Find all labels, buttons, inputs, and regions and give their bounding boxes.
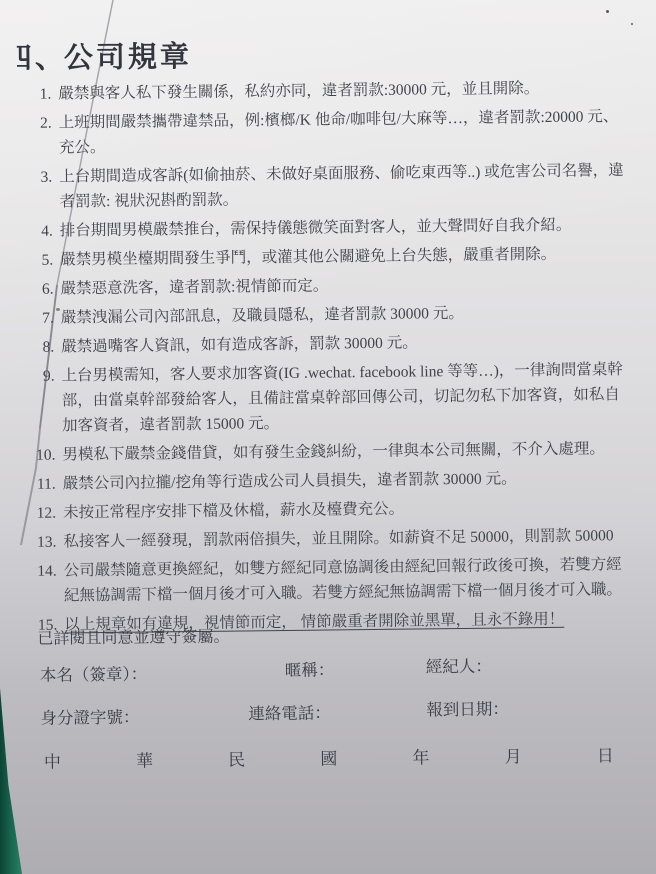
rule-item: 3. 上台期間造成客訴(如偷抽菸、未做好桌面服務、偷吃東西等..) 或危害公司名… bbox=[20, 158, 633, 215]
photo-of-document: { "header": { "title_prefix": "四、", "tit… bbox=[0, 0, 656, 874]
roc-date-line: 中 華 民 國 年 月 日 bbox=[44, 741, 614, 772]
rule-text: 嚴禁男模坐檯期間發生爭鬥，或灌其他公關避免上台失態，嚴重者開除。 bbox=[60, 246, 556, 269]
rule-text: 排台期間男模嚴禁推台，需保持儀態微笑面對客人，並大聲問好自我介紹。 bbox=[60, 217, 572, 240]
rule-number: 10. bbox=[23, 443, 55, 468]
rule-number: 14. bbox=[25, 559, 57, 584]
contact-phone-field-label: 連絡電話： bbox=[248, 699, 331, 724]
rule-item: 8. 嚴禁過嘴客人資訊，如有造成客訴，罰款 30000 元。 bbox=[22, 328, 634, 360]
title-section-number-clipped: 四、 bbox=[17, 35, 64, 77]
rule-item: 4. 排台期間男模嚴禁推台，需保持儀態微笑面對客人，並大聲問好自我介紹。 bbox=[21, 212, 633, 244]
rule-text: 未按正常程序安排下檔及休檔，薪水及檯費充公。 bbox=[63, 501, 404, 522]
nickname-field-label: 暱稱： bbox=[285, 656, 335, 681]
rule-item: 14. 公司嚴禁隨意更換經紀，如雙方經紀同意協調後由經紀回報行政後可換，若雙方經… bbox=[25, 552, 638, 609]
rule-number: 6. bbox=[21, 277, 53, 302]
page-title: 四、公司規章 bbox=[17, 34, 192, 77]
rule-number: 7. bbox=[22, 306, 54, 331]
rule-text: 嚴禁惡意洗客，違者罰款:視情節而定。 bbox=[60, 277, 328, 297]
agent-field-label: 經紀人： bbox=[426, 653, 492, 678]
rule-item: 13. 私接客人一經發現，罰款兩倍損失，並且開除。如薪資不足 50000，則罰款… bbox=[24, 523, 636, 555]
rule-text: 嚴禁過嘴客人資訊，如有造成客訴，罰款 30000 元。 bbox=[61, 334, 418, 355]
page-title-text: 公司規章 bbox=[64, 41, 192, 74]
date-char: 月 bbox=[504, 742, 521, 767]
rules-list: 1. 嚴禁與客人私下發生關係，私約亦同，違者罰款:30000 元，並且開除。 2… bbox=[19, 75, 637, 642]
rule-number: 13. bbox=[24, 530, 56, 555]
rule-item: 5. 嚴禁男模坐檯期間發生爭鬥，或灌其他公關避免上台失態，嚴重者開除。 bbox=[21, 241, 633, 273]
rule-number: 1. bbox=[19, 82, 51, 107]
date-char: 華 bbox=[136, 746, 153, 771]
rule-item: 10. 男模私下嚴禁金錢借貸，如有發生金錢糾紛，一律與本公司無關，不介入處理。 bbox=[23, 436, 635, 468]
name-signature-field-label: 本名（簽章）： bbox=[40, 661, 148, 686]
rule-item: 9. 上台男模需知，客人要求加客資(IG .wechat. facebook l… bbox=[22, 357, 635, 439]
rule-text: 公司嚴禁隨意更換經紀，如雙方經紀同意協調後由經紀回報行政後可換，若雙方經紀無協調… bbox=[64, 556, 622, 604]
rule-number: 4. bbox=[21, 219, 53, 244]
rule-text: 嚴禁洩漏公司內部訊息，及職員隱私，違者罰款 30000 元。 bbox=[61, 305, 464, 327]
rule-item: 11. 嚴禁公司內拉攏/挖角等行造成公司人員損失，違者罰款 30000 元。 bbox=[24, 465, 636, 497]
rule-text: 嚴禁公司內拉攏/挖角等行造成公司人員損失，違者罰款 30000 元。 bbox=[63, 470, 517, 492]
date-char: 日 bbox=[597, 741, 614, 766]
document-content: 四、公司規章 1. 嚴禁與客人私下發生關係，私約亦同，違者罰款:30000 元，… bbox=[0, 0, 656, 874]
rule-number: 8. bbox=[22, 335, 54, 360]
rule-item: 6. 嚴禁惡意洗客，違者罰款:視情節而定。 bbox=[21, 270, 633, 302]
rule-item: 12. 未按正常程序安排下檔及休檔，薪水及檯費充公。 bbox=[24, 494, 636, 526]
rule-number: 11. bbox=[24, 472, 56, 497]
date-char: 民 bbox=[228, 745, 245, 770]
date-char: 年 bbox=[412, 743, 429, 768]
rule-number: 9. bbox=[22, 364, 54, 389]
date-char: 國 bbox=[320, 744, 337, 769]
rule-number: 2. bbox=[20, 111, 52, 136]
rule-number: 12. bbox=[24, 501, 56, 526]
rule-item: 1. 嚴禁與客人私下發生關係，私約亦同，違者罰款:30000 元，並且開除。 bbox=[19, 75, 631, 107]
rule-item: 2. 上班期間嚴禁攜帶違禁品，例:檳榔/K 他命/咖啡包/大麻等…，違者罰款:2… bbox=[20, 104, 633, 161]
date-char: 中 bbox=[44, 748, 61, 773]
rule-text: 上班期間嚴禁攜帶違禁品，例:檳榔/K 他命/咖啡包/大麻等…，違者罰款:2000… bbox=[59, 108, 619, 156]
rule-item: 7. 嚴禁洩漏公司內部訊息，及職員隱私，違者罰款 30000 元。 bbox=[22, 299, 634, 331]
rule-number: 5. bbox=[21, 248, 53, 273]
report-date-field-label: 報到日期： bbox=[426, 695, 509, 720]
rule-text: 上台期間造成客訴(如偷抽菸、未做好桌面服務、偷吃東西等..) 或危害公司名譽，違… bbox=[59, 162, 624, 210]
rule-text: 男模私下嚴禁金錢借貸，如有發生金錢糾紛，一律與本公司無關，不介入處理。 bbox=[62, 440, 605, 463]
rule-number: 3. bbox=[20, 165, 52, 190]
id-number-field-label: 身分證字號： bbox=[40, 704, 139, 729]
rule-text: 嚴禁與客人私下發生關係，私約亦同，違者罰款:30000 元，並且開除。 bbox=[58, 80, 539, 102]
agreement-note: 已詳閱且同意並遵守簽屬。 bbox=[37, 624, 229, 649]
rule-text: 私接客人一經發現，罰款兩倍損失，並且開除。如薪資不足 50000，則罰款 500… bbox=[63, 527, 613, 550]
rule-text: 上台男模需知，客人要求加客資(IG .wechat. facebook line… bbox=[61, 361, 623, 434]
